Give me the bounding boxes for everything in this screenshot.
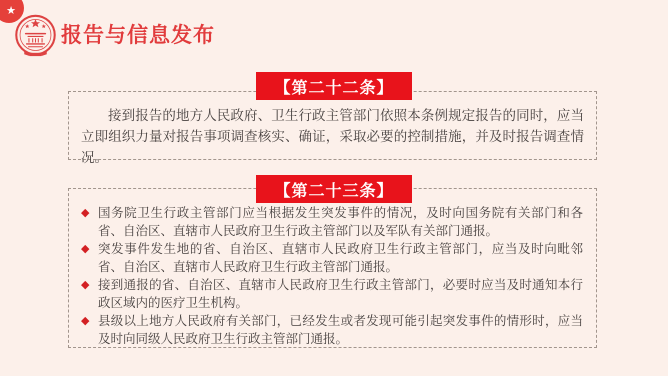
article-22-paragraph: 接到报告的地方人民政府、卫生行政主管部门依照本条例规定报告的同时，应当立即组织力… — [81, 106, 584, 169]
page-title: 报告与信息发布 — [61, 19, 215, 49]
article-23-bullet-list: ◆ 国务院卫生行政主管部门应当根据发生突发事件的情况，及时向国务院有关部门和各省… — [79, 204, 583, 347]
article-22-heading: 【第二十二条】 — [256, 72, 412, 100]
bullet-text: 突发事件发生地的省、自治区、直辖市人民政府卫生行政主管部门，应当及时向毗邻省、自… — [98, 241, 583, 274]
article-22-body: 接到报告的地方人民政府、卫生行政主管部门依照本条例规定报告的同时，应当立即组织力… — [68, 91, 597, 160]
article-23-body: ◆ 国务院卫生行政主管部门应当根据发生突发事件的情况，及时向国务院有关部门和各省… — [68, 188, 597, 348]
bullet-text: 国务院卫生行政主管部门应当根据发生突发事件的情况，及时向国务院有关部门和各省、自… — [98, 205, 583, 238]
diamond-bullet-icon: ◆ — [81, 312, 89, 330]
article-23-heading: 【第二十三条】 — [256, 175, 412, 203]
list-item: ◆ 县级以上地方人民政府有关部门，已经发生或者发现可能引起突发事件的情形时，应当… — [79, 312, 583, 347]
list-item: ◆ 突发事件发生地的省、自治区、直辖市人民政府卫生行政主管部门，应当及时向毗邻省… — [79, 240, 583, 275]
bullet-text: 接到通报的省、自治区、直辖市人民政府卫生行政主管部门，必要时应当及时通知本行政区… — [98, 277, 583, 310]
diamond-bullet-icon: ◆ — [81, 204, 89, 222]
list-item: ◆ 接到通报的省、自治区、直辖市人民政府卫生行政主管部门，必要时应当及时通知本行… — [79, 276, 583, 311]
presentation-slide: ★ 报告与信息发布 【第二十二条】 接到报告的地方人民政府、卫生行政主管部门依照… — [0, 0, 668, 376]
diamond-bullet-icon: ◆ — [81, 240, 89, 258]
national-emblem-icon — [13, 11, 58, 59]
diamond-bullet-icon: ◆ — [81, 276, 89, 294]
list-item: ◆ 国务院卫生行政主管部门应当根据发生突发事件的情况，及时向国务院有关部门和各省… — [79, 204, 583, 239]
bullet-text: 县级以上地方人民政府有关部门，已经发生或者发现可能引起突发事件的情形时，应当及时… — [98, 313, 583, 346]
